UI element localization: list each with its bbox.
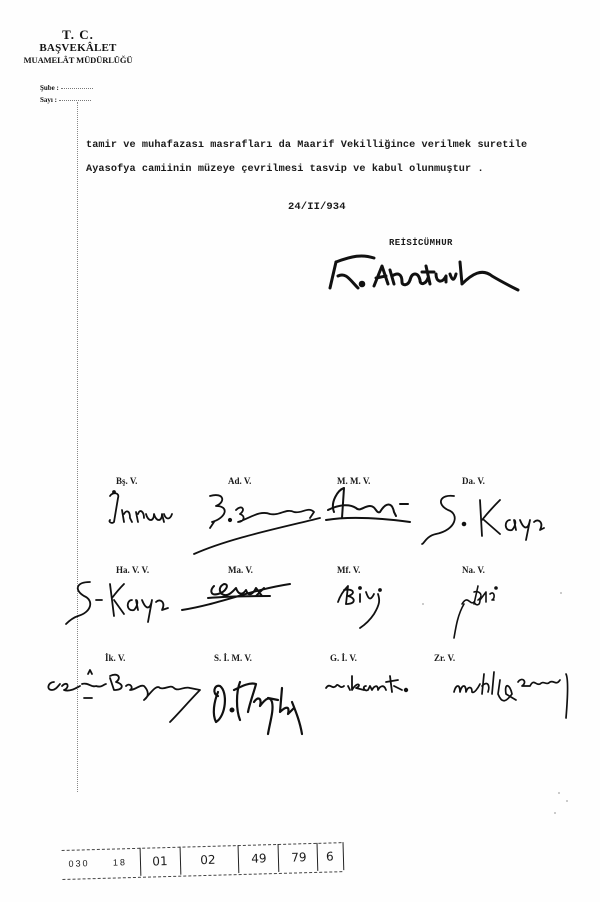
minister-signature-zr	[450, 664, 580, 728]
minister-label-hav: Ha. V. V.	[116, 565, 149, 575]
scan-speck	[558, 792, 560, 794]
minister-label-mf: Mf. V.	[337, 565, 360, 575]
minister-signature-hav	[64, 578, 174, 628]
scan-speck	[554, 812, 556, 814]
letterhead: T. C. BAŞVEKÂLET MUAMELÂT MÜDÜRLÜĞÜ	[18, 28, 138, 66]
minister-signature-sim	[196, 662, 316, 742]
archive-code-hand-2: 02	[184, 848, 233, 871]
minister-signature-ad	[190, 488, 330, 558]
letterhead-state: T. C.	[18, 28, 138, 42]
body-line-2: Ayasofya camiinin müzeye çevrilmesi tasv…	[86, 164, 484, 175]
minister-signature-mf	[330, 580, 400, 630]
minister-label-ma: Ma. V.	[228, 565, 253, 575]
minister-signature-na	[450, 582, 520, 644]
minister-label-ad: Ad. V.	[228, 476, 251, 486]
minister-signature-mm	[320, 482, 430, 532]
minister-signature-bs	[100, 488, 180, 528]
scan-speck	[560, 592, 562, 594]
minister-label-da: Da. V.	[462, 476, 485, 486]
archive-code-hand-1: 01	[142, 850, 179, 873]
minister-label-bs: Bş. V.	[116, 476, 137, 486]
minister-signature-da	[420, 490, 550, 546]
letterhead-field-sayi: Sayı :	[40, 96, 91, 104]
archive-code-printed-2: 18	[104, 851, 137, 874]
president-signature	[322, 250, 522, 300]
scan-speck	[566, 800, 568, 802]
minister-label-na: Na. V.	[462, 565, 485, 575]
letterhead-field-sube: Şube :	[40, 84, 93, 92]
president-title: REİSİCÜMHUR	[389, 238, 453, 248]
field-blank	[61, 88, 93, 89]
archive-code-box: 030 18 01 02 49 79 6	[62, 842, 343, 878]
archive-code-hand-4: 79	[282, 846, 317, 869]
minister-signature-gi	[322, 668, 412, 698]
document-date: 24/II/934	[288, 201, 346, 213]
field-blank	[59, 100, 91, 101]
scan-speck	[422, 603, 424, 605]
document-page: T. C. BAŞVEKÂLET MUAMELÂT MÜDÜRLÜĞÜ Şube…	[0, 0, 600, 902]
letterhead-organization: BAŞVEKÂLET	[18, 42, 138, 55]
minister-label-gi: G. İ. V.	[330, 653, 357, 663]
archive-code-hand-5: 6	[319, 845, 342, 868]
minister-signature-ma	[180, 576, 300, 616]
field-label: Sayı :	[40, 96, 57, 104]
minister-label-ik: İk. V.	[105, 653, 125, 663]
archive-code-separator	[342, 842, 344, 870]
archive-code-hand-3: 49	[242, 847, 277, 870]
minister-label-zr: Zr. V.	[434, 653, 455, 663]
body-line-1: tamir ve muhafazası masrafları da Maarif…	[86, 140, 527, 151]
minister-signature-ik	[40, 666, 220, 726]
letterhead-department: MUAMELÂT MÜDÜRLÜĞÜ	[18, 55, 138, 66]
archive-code-printed-1: 030	[62, 852, 97, 875]
field-label: Şube :	[40, 84, 59, 92]
